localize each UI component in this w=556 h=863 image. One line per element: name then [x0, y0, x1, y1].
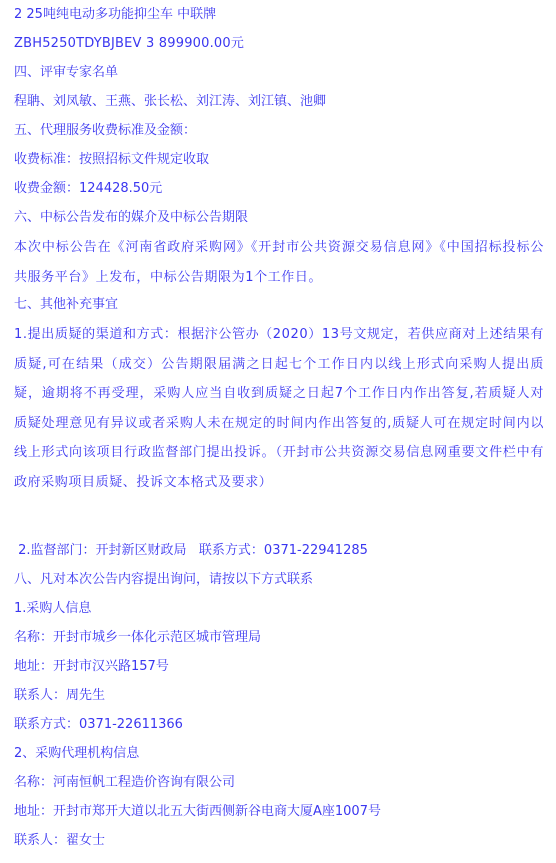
purchaser-address: 地址：开封市汉兴路157号: [14, 657, 169, 677]
purchaser-phone: 联系方式：0371-22611366: [14, 715, 183, 735]
fee-amount: 收费金额：124428.50元: [14, 179, 162, 199]
purchaser-name: 名称：开封市城乡一体化示范区城市管理局: [14, 628, 261, 648]
section-four-title: 四、评审专家名单: [14, 63, 118, 83]
agency-name: 名称：河南恒帆工程造价咨询有限公司: [14, 773, 235, 793]
expert-list: 程聃、刘凤敏、王燕、张长松、刘江涛、刘江镇、池卿: [14, 92, 326, 112]
fee-standard: 收费标准：按照招标文件规定收取: [14, 150, 209, 170]
objection-paragraph: 1.提出质疑的渠道和方式：根据汴公管办（2020）13号文规定，若供应商对上述结…: [14, 320, 544, 498]
section-seven-title: 七、其他补充事宜: [14, 295, 118, 315]
agency-contact: 联系人：翟女士: [14, 831, 105, 851]
agency-heading: 2、采购代理机构信息: [14, 744, 139, 764]
agency-address: 地址：开封市郑开大道以北五大街西侧新谷电商大厦A座1007号: [14, 802, 381, 822]
section-eight-title: 八、凡对本次公告内容提出询问，请按以下方式联系: [14, 570, 313, 590]
section-six-title: 六、中标公告发布的媒介及中标公告期限: [14, 208, 248, 228]
section-five-title: 五、代理服务收费标准及金额：: [14, 121, 196, 141]
purchaser-contact: 联系人：周先生: [14, 686, 105, 706]
supervision-line: 2.监督部门：开封新区财政局 联系方式：0371-22941285: [14, 541, 368, 561]
media-paragraph: 本次中标公告在《河南省政府采购网》《开封市公共资源交易信息网》《中国招标投标公共…: [14, 233, 544, 292]
item-row-2-model-price: ZBH5250TDYBJBEV 3 899900.00元: [14, 34, 244, 54]
item-row-2-name: 2 25吨纯电动多功能抑尘车 中联牌: [14, 5, 216, 25]
purchaser-heading: 1.采购人信息: [14, 599, 91, 619]
